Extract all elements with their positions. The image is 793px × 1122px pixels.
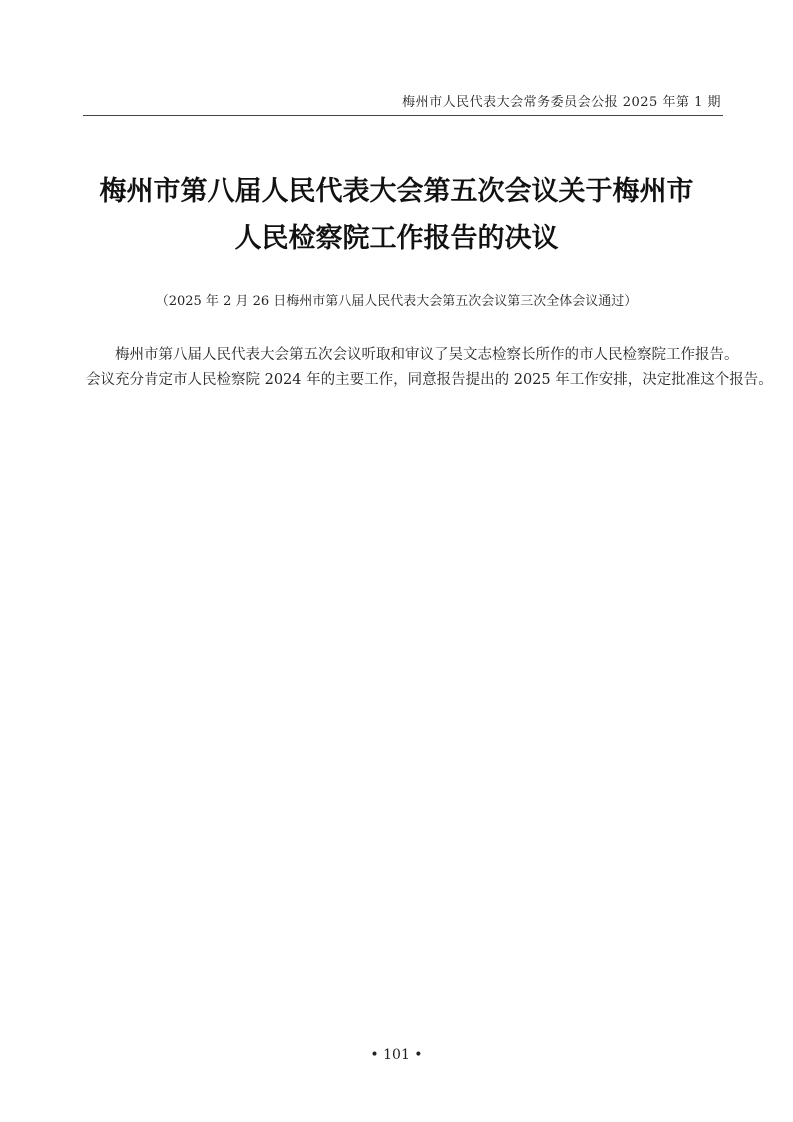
- page-number: • 101 •: [0, 1047, 793, 1063]
- body-line-1: 梅州市第八届人民代表大会第五次会议听取和审议了吴文志检察长所作的市人民检察院工作…: [86, 343, 723, 368]
- adoption-note: （2025 年 2 月 26 日梅州市第八届人民代表大会第五次会议第三次全体会议…: [60, 290, 733, 309]
- body-paragraph: 梅州市第八届人民代表大会第五次会议听取和审议了吴文志检察长所作的市人民检察院工作…: [86, 343, 723, 393]
- body-line-2: 会议充分肯定市人民检察院 2024 年的主要工作，同意报告提出的 2025 年工…: [86, 368, 723, 393]
- document-title: 梅州市第八届人民代表大会第五次会议关于梅州市 人民检察院工作报告的决议: [60, 168, 733, 262]
- header-divider: [83, 115, 723, 116]
- running-header: 梅州市人民代表大会常务委员会公报 2025 年第 1 期: [402, 91, 721, 110]
- title-line-1: 梅州市第八届人民代表大会第五次会议关于梅州市: [60, 168, 733, 215]
- title-line-2: 人民检察院工作报告的决议: [60, 215, 733, 262]
